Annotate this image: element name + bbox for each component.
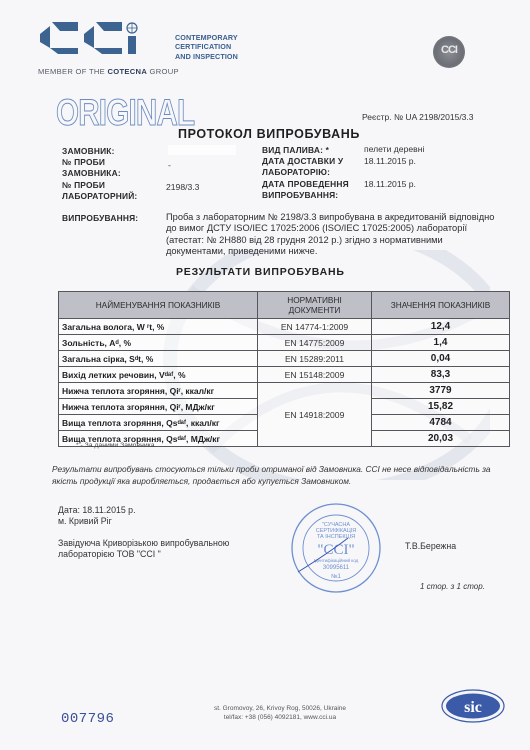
- field-label-fuel-type: ВИД ПАЛИВА: *: [262, 145, 362, 156]
- official-stamp: "СУЧАСНА СЕРТИФІКАЦІЯ ТА ІНСПЕКЦІЯ "CCI"…: [290, 502, 382, 594]
- standard-doc: EN 14918:2009: [258, 383, 372, 447]
- page-count: 1 стор. з 1 стор.: [420, 582, 485, 591]
- column-header-indicator: НАЙМЕНУВАННЯ ПОКАЗНИКІВ: [59, 292, 258, 319]
- disclaimer: Результати випробувань стосуються тільки…: [52, 463, 492, 487]
- customer-sample-value: -: [168, 160, 171, 170]
- indicator-name: Нижча теплота згоряння, Qiʳ, МДж/кг: [59, 399, 258, 415]
- fuel-type-value: пелети деревні: [364, 144, 424, 154]
- member-line: MEMBER OF THE COTECNA GROUP: [38, 67, 179, 76]
- field-label-delivery-date: ДАТА ДОСТАВКИ У ЛАБОРАТОРІЮ:: [262, 156, 357, 179]
- standard-doc: EN 14775:2009: [258, 335, 372, 351]
- page-title: ПРОТОКОЛ ВИПРОБУВАНЬ: [178, 127, 360, 141]
- issue-date: Дата: 18.11.2015 р.: [58, 505, 229, 516]
- standard-doc: EN 14774-1:2009: [258, 319, 372, 335]
- company-name-line2: CERTIFICATION: [175, 42, 238, 51]
- table-footnote: * - За даними Замовника: [76, 442, 155, 449]
- indicator-name: Вихід летких речовин, Vᵈᵃᶠ, %: [59, 367, 258, 383]
- table-header-row: НАЙМЕНУВАННЯ ПОКАЗНИКІВ НОРМАТИВНІ ДОКУМ…: [59, 292, 510, 319]
- member-prefix: MEMBER OF THE: [38, 67, 105, 76]
- results-title: РЕЗУЛЬТАТИ ВИПРОБУВАНЬ: [176, 266, 345, 278]
- indicator-name: Загальна сірка, Sᵈt, %: [59, 351, 258, 367]
- signature-block: Дата: 18.11.2015 р. м. Кривий Ріг Завіду…: [58, 505, 229, 560]
- delivery-date-value: 18.11.2015 р.: [364, 156, 416, 166]
- indicator-value: 15,82: [372, 399, 510, 415]
- indicator-value: 83,3: [372, 367, 510, 383]
- column-header-value: ЗНАЧЕННЯ ПОКАЗНИКІВ: [372, 292, 510, 319]
- table-row: Загальна волога, W ʳt, % EN 14774-1:2009…: [59, 319, 510, 335]
- sic-logo: sic: [441, 689, 505, 723]
- hologram-text: CCI: [433, 44, 465, 56]
- indicator-value: 0,04: [372, 351, 510, 367]
- field-label-customer-sample: № ПРОБИ ЗАМОВНИКА:: [62, 157, 152, 180]
- member-suffix: GROUP: [150, 67, 179, 76]
- customer-label: ЗАМОВНИК:: [62, 146, 162, 157]
- indicator-value: 1,4: [372, 335, 510, 351]
- issue-city: м. Кривий Ріг: [58, 516, 229, 527]
- column-header-standard: НОРМАТИВНІ ДОКУМЕНТИ: [258, 292, 372, 319]
- company-address: st. Gromovoy, 26, Krivoy Rog, 50026, Ukr…: [205, 704, 355, 722]
- address-line2: tel/fax: +38 (056) 4092181, www.cci.ua: [205, 713, 355, 722]
- signer-name: Т.В.Бережна: [405, 541, 456, 551]
- original-stamp: ORIGINAL: [56, 92, 194, 134]
- company-name-line3: AND INSPECTION: [175, 52, 238, 61]
- standard-doc: EN 15148:2009: [258, 367, 372, 383]
- indicator-value: 4784: [372, 415, 510, 431]
- results-table: НАЙМЕНУВАННЯ ПОКАЗНИКІВ НОРМАТИВНІ ДОКУМ…: [58, 291, 510, 447]
- serial-number: 007796: [61, 711, 114, 727]
- company-name-line1: CONTEMPORARY: [175, 33, 238, 42]
- indicator-name: Вища теплота згоряння, Qsᵈᵃᶠ, ккал/кг: [59, 415, 258, 431]
- indicator-value: 3779: [372, 383, 510, 399]
- indicator-name: Загальна волога, W ʳt, %: [59, 319, 258, 335]
- cci-logo-mark: [38, 22, 173, 54]
- indicator-value: 12,4: [372, 319, 510, 335]
- table-row: Нижча теплота згоряння, Qiʳ, ккал/кг EN …: [59, 383, 510, 399]
- signer-position-line2: лабораторією ТОВ "CCI ": [58, 549, 229, 560]
- table-row: Зольність, Aᵈ, % EN 14775:2009 1,4: [59, 335, 510, 351]
- field-label-customer: ЗАМОВНИК:: [62, 146, 162, 157]
- hologram-sticker: CCI: [433, 36, 465, 68]
- table-row: Вихід летких речовин, Vᵈᵃᶠ, % EN 15148:2…: [59, 367, 510, 383]
- svg-text:30995611: 30995611: [323, 565, 350, 571]
- company-name: CONTEMPORARY CERTIFICATION AND INSPECTIO…: [175, 33, 238, 61]
- test-label: ВИПРОБУВАННЯ:: [62, 213, 138, 224]
- indicator-name: Нижча теплота згоряння, Qiʳ, ккал/кг: [59, 383, 258, 399]
- address-line1: st. Gromovoy, 26, Krivoy Rog, 50026, Ukr…: [205, 704, 355, 713]
- table-row: Загальна сірка, Sᵈt, % EN 15289:2011 0,0…: [59, 351, 510, 367]
- svg-text:ТА ІНСПЕКЦІЯ: ТА ІНСПЕКЦІЯ: [317, 534, 355, 540]
- registry-number: Реєстр. № UA 2198/2015/3.3: [362, 112, 474, 122]
- indicator-name: Зольність, Aᵈ, %: [59, 335, 258, 351]
- redacted-customer: [168, 145, 236, 155]
- field-label-lab-sample: № ПРОБИ ЛАБОРАТОРНИЙ:: [62, 180, 157, 203]
- member-brand: COTECNA: [107, 67, 147, 76]
- field-label-test-date: ДАТА ПРОВЕДЕННЯ ВИПРОБУВАННЯ:: [262, 179, 362, 202]
- svg-text:№1: №1: [331, 573, 341, 580]
- signer-position-line1: Завідуюча Криворізькою випробувальною: [58, 538, 229, 549]
- test-date-value: 18.11.2015 р.: [364, 179, 416, 189]
- lab-sample-value: 2198/3.3: [166, 182, 199, 192]
- indicator-value: 20,03: [372, 431, 510, 447]
- test-description: Проба з лабораторним № 2198/3.3 випробув…: [166, 212, 496, 258]
- standard-doc: EN 15289:2011: [258, 351, 372, 367]
- svg-text:sic: sic: [464, 699, 482, 716]
